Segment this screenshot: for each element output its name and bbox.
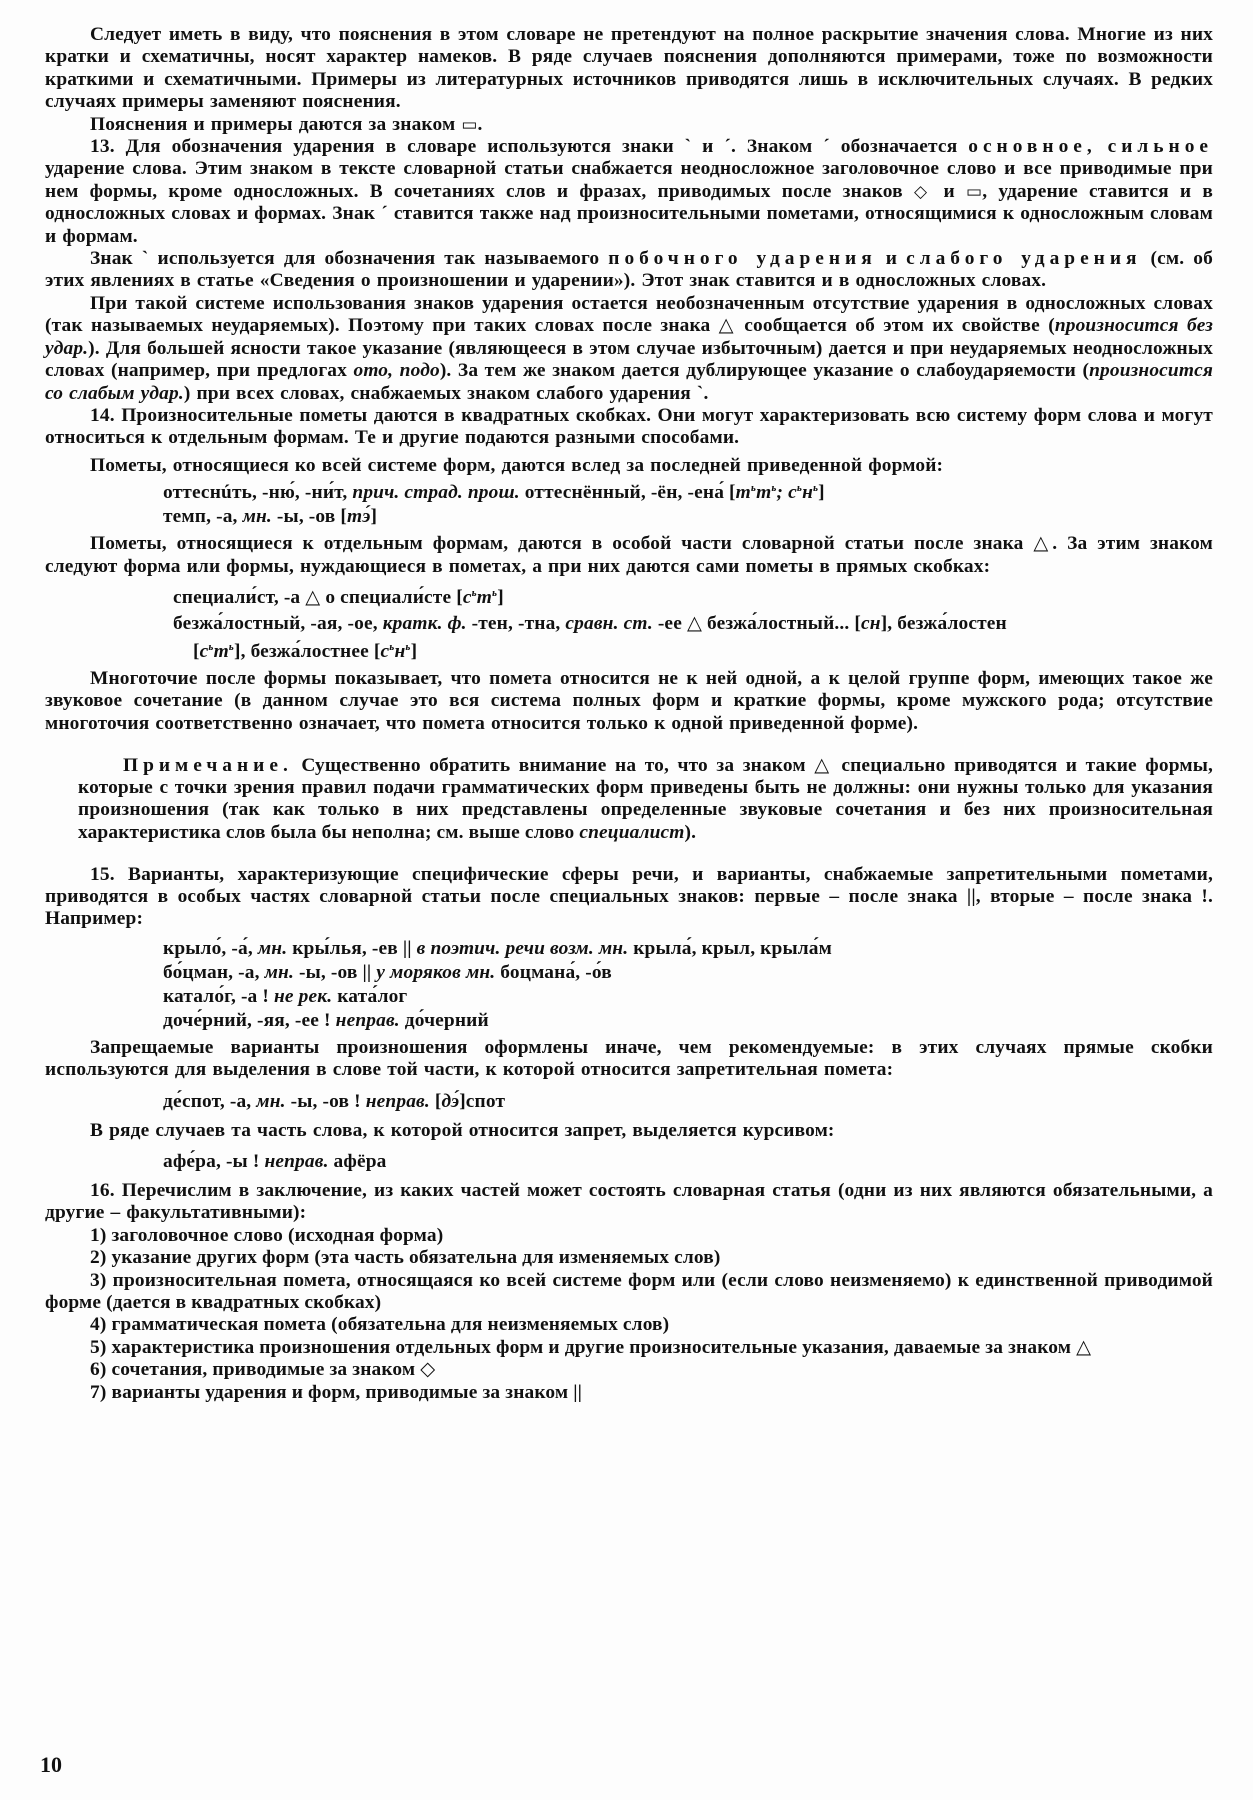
intro-p2-end: . [478, 114, 483, 135]
entry-text: -а, [211, 506, 242, 527]
section-14-paragraph-2: Пометы, относящиеся ко всей системе форм… [45, 455, 1213, 477]
section-13-paragraph-1: 13. Для обозначения ударения в словаре и… [45, 136, 1213, 248]
entry-text: -тен, -тна, [467, 613, 566, 634]
dictionary-entry: оттеснúть, -ню́, -ни́т, прич. страд. про… [163, 481, 1213, 505]
text: ). За тем же знаком дается дублирующее у… [440, 360, 1089, 381]
section-14-paragraph-3: Пометы, относящиеся к отдельным формам, … [45, 533, 1213, 578]
intro-paragraph: Следует иметь в виду, что пояснения в эт… [45, 24, 1213, 114]
entry-text: ] [818, 482, 825, 503]
example-block-3: крыло́, -а́, мн. кры́лья, -ев || в поэти… [45, 937, 1213, 1033]
entry-text: -ее △ безжа́лостный... [ [653, 613, 861, 634]
section-15-paragraph-3: В ряде случаев та часть слова, к которой… [45, 1120, 1213, 1142]
page-number: 10 [40, 1752, 62, 1778]
list-item: 4) грамматическая помета (обязательна дл… [45, 1314, 1213, 1336]
section-15-paragraph-2: Запрещаемые варианты произношения оформл… [45, 1037, 1213, 1082]
headword: специали́ст, [173, 587, 279, 608]
section-number: 15. [90, 864, 115, 885]
entry-italic: мн. [243, 506, 272, 527]
dictionary-entry: бо́цман, -а, мн. -ы, -ов || у моряков мн… [163, 961, 1213, 985]
list-item: 1) заголовочное слово (исходная форма) [45, 1225, 1213, 1247]
note-label: Примечание. [123, 755, 293, 776]
example-block-2: специали́ст, -а △ о специали́сте [сьть] … [45, 586, 1213, 664]
rectangle-sign-icon: ▭ [966, 182, 982, 202]
entry-text: -ню́, -ни́т, [257, 482, 352, 503]
example-block-4: де́спот, -а, мн. -ы, -ов ! неправ. [дэ́]… [45, 1090, 1213, 1114]
italic-note: ото, подо [353, 360, 439, 381]
text: Для обозначения ударения в словаре испол… [126, 136, 958, 157]
section-number: 13. [90, 136, 115, 157]
dictionary-entry: темп, -а, мн. -ы, -ов [тэ́] [163, 505, 1213, 529]
entry-text: оттеснённый, -ён, -ена́ [ [520, 482, 736, 503]
section-14-paragraph-4: Многоточие после формы показывает, что п… [45, 668, 1213, 735]
list-item: 2) указание других форм (эта часть обяза… [45, 1247, 1213, 1269]
section-13-paragraph-2: Знак ` используется для обозначения так … [45, 248, 1213, 293]
list-item: 5) характеристика произношения отдельных… [45, 1337, 1213, 1359]
rectangle-sign-icon: ▭ [461, 115, 477, 135]
text: и [943, 181, 954, 202]
intro-p2-text: Пояснения и примеры даются за знаком [90, 114, 455, 135]
dictionary-entry: безжа́лостный, -ая, -ое, кратк. ф. -тен,… [173, 612, 1233, 636]
diamond-sign-icon: ◇ [914, 182, 932, 202]
entry-text: -ы, -ов [ [272, 506, 347, 527]
list-item: 3) произносительная помета, относящаяся … [45, 1270, 1213, 1315]
dictionary-entry: афе́ра, -ы ! неправ. афёра [163, 1150, 1213, 1174]
pronunciation: тэ́ [347, 506, 370, 527]
dictionary-entry: крыло́, -а́, мн. кры́лья, -ев || в поэти… [163, 937, 1213, 961]
intro-paragraph-2: Пояснения и примеры даются за знаком ▭. [45, 114, 1213, 136]
example-block-5: афе́ра, -ы ! неправ. афёра [45, 1150, 1213, 1174]
entry-italic: сравн. ст. [565, 613, 652, 634]
entry-italic: прич. страд. прош. [352, 482, 519, 503]
text: При такой системе использования знаков у… [45, 293, 1213, 336]
entry-text: ], безжа́лостен [881, 613, 1007, 634]
spaced-term: слабого ударения [906, 248, 1141, 269]
spaced-term: сильное [1108, 136, 1213, 157]
section-number: 14. [90, 405, 115, 426]
list-item: 6) сочетания, приводимые за знаком ◇ [45, 1359, 1213, 1381]
pronunciation: сн [861, 613, 881, 634]
pronunciation: тьть; сьнь [736, 482, 819, 503]
dictionary-entry: де́спот, -а, мн. -ы, -ов ! неправ. [дэ́]… [163, 1090, 1213, 1114]
text: Произносительные пометы даются в квадрат… [45, 405, 1213, 448]
text: Перечислим в заключение, из каких частей… [45, 1180, 1213, 1223]
entry-text: ] [497, 587, 504, 608]
text: и [886, 248, 897, 269]
spaced-term: побочного ударения [608, 248, 876, 269]
text: ). [685, 822, 697, 843]
pronunciation: сьть [200, 641, 234, 662]
text: ) при всех словах, снабжаемых знаком сла… [184, 383, 709, 404]
headword: темп, [163, 506, 211, 527]
example-block-1: оттеснúть, -ню́, -ни́т, прич. страд. про… [45, 481, 1213, 529]
spaced-term: основное, [968, 136, 1096, 157]
list-item: 7) варианты ударения и форм, приводимые … [45, 1382, 1213, 1404]
entry-text: -а △ о специали́сте [ [279, 587, 463, 608]
entry-italic: кратк. ф. [383, 613, 467, 634]
text: Знак ` используется для обозначения так … [90, 248, 599, 269]
dictionary-entry: катало́г, -а ! не рек. ката́лог [163, 985, 1213, 1009]
section-number: 16. [90, 1180, 115, 1201]
dictionary-entry-continuation: [сьть], безжа́лостнее [сьнь] [173, 640, 1213, 664]
section-13-paragraph-3: При такой системе использования знаков у… [45, 293, 1213, 405]
headword: безжа́лостный, [173, 613, 305, 634]
entry-text: -ая, -ое, [305, 613, 382, 634]
dictionary-page: Следует иметь в виду, что пояснения в эт… [45, 24, 1213, 1404]
pronunciation: сьть [463, 587, 497, 608]
dictionary-entry: доче́рний, -яя, -ее ! неправ. до́черний [163, 1009, 1213, 1033]
text: Варианты, характеризующие специфические … [45, 864, 1213, 930]
section-16-paragraph-1: 16. Перечислим в заключение, из каких ча… [45, 1180, 1213, 1225]
italic-note: специалист [579, 822, 684, 843]
pronunciation: сьнь [381, 641, 411, 662]
section-14-paragraph-1: 14. Произносительные пометы даются в ква… [45, 405, 1213, 450]
headword: оттеснúть, [163, 482, 257, 503]
section-15-paragraph-1: 15. Варианты, характеризующие специфичес… [45, 864, 1213, 931]
entry-text: ] [370, 506, 377, 527]
dictionary-entry: специали́ст, -а △ о специали́сте [сьть] [173, 586, 1213, 610]
note-paragraph: Примечание. Существенно обратить внимани… [78, 755, 1213, 845]
